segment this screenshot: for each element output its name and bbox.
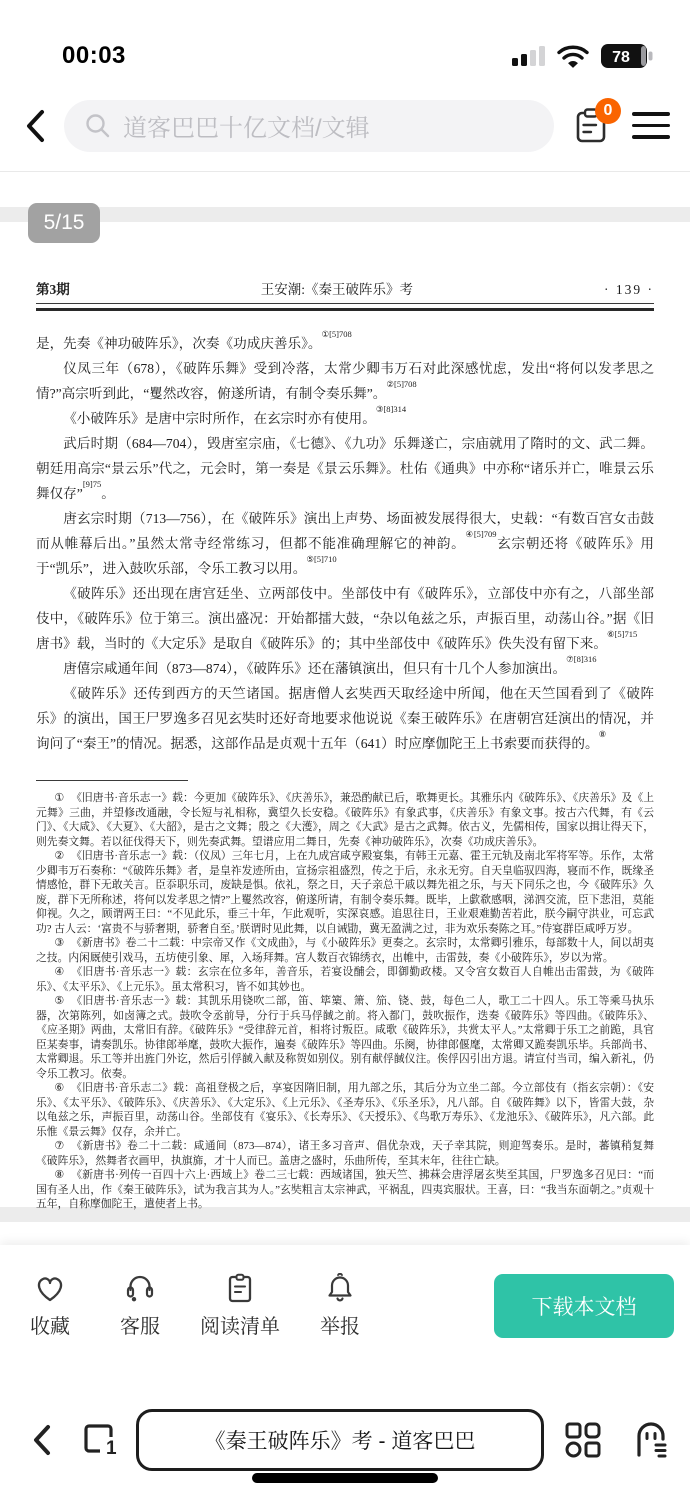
footnote: ①《旧唐书·音乐志一》载：今更加《破阵乐》、《庆善乐》，兼恐酌献已后，歌舞更长。… [36,791,654,849]
previous-page-edge [0,173,690,207]
search-placeholder: 道客巴巴十亿文档/文辑 [123,108,370,143]
document-paragraph: 武后时期（684—704），毁唐室宗庙，《七德》、《九功》乐舞遂亡，宗庙就用了隋… [36,431,654,506]
customer-service-label: 客服 [120,1310,160,1339]
search-input[interactable]: 道客巴巴十亿文档/文辑 [64,100,554,152]
document-paragraph: 是，先奏《神功破阵乐》，次奏《功成庆善乐》。①[5]708 [36,331,654,356]
back-icon[interactable] [24,106,48,146]
document-paragraph: 仪凤三年（678），《破阵乐舞》受到冷落，太常少卿韦万石对此深感忧虑，发出“将何… [36,356,654,406]
apps-grid-icon[interactable] [562,1419,604,1461]
document-paragraph: 《破阵乐》还传到西方的天竺诸国。据唐僧人玄奘西天取经途中所闻，他在天竺国看到了《… [36,681,654,756]
document-toolbar: 收藏 客服 阅读清单 举报 下载本文档 [0,1245,690,1373]
customer-service-button[interactable]: 客服 [110,1273,170,1339]
nav-back-icon[interactable] [30,1421,54,1459]
reading-list-label: 阅读清单 [200,1310,280,1339]
footnote-number: ⑥ [54,1082,64,1094]
footnote-number: ⑤ [54,995,64,1007]
report-label: 举报 [320,1310,360,1339]
page-gap [0,207,690,222]
footnote-separator [36,780,188,781]
document-footnotes: ①《旧唐书·音乐志一》载：今更加《破阵乐》、《庆善乐》，兼恐酌献已后，歌舞更长。… [36,791,654,1212]
document-running-header: 第3期 王安潮:《秦王破阵乐》考 · 139 · [36,278,654,304]
page-indicator-badge: 5/15 [28,203,100,243]
home-indicator[interactable] [252,1473,438,1483]
footnote: ⑥《旧唐书·音乐志二》载：高祖登极之后，享宴因隋旧制，用九部之乐，其后分为立坐二… [36,1081,654,1139]
menu-icon[interactable] [632,112,670,139]
headset-icon [124,1273,156,1303]
battery-percent-text: 78 [612,49,630,66]
profile-icon[interactable] [630,1419,672,1461]
footnote-number: ② [54,850,64,862]
reading-list-badge: 0 [595,98,621,124]
footnote: ⑦《新唐书》卷二十二载：咸通间（873—874），诸王多习音声、倡优杂戏，天子幸… [36,1139,654,1168]
download-document-button[interactable]: 下载本文档 [494,1274,674,1338]
document-viewer[interactable]: 5/15 第3期 王安潮:《秦王破阵乐》考 · 139 · 是，先奏《神功破阵乐… [0,173,690,1246]
document-page: 第3期 王安潮:《秦王破阵乐》考 · 139 · 是，先奏《神功破阵乐》，次奏《… [0,222,690,1207]
search-icon [84,112,111,139]
footnote: ④《旧唐书·音乐志一》载：玄宗在位多年，善音乐，若宴设酺会，即御勤政楼。又令宫女… [36,965,654,994]
tab-counter-icon[interactable]: 1 [80,1421,118,1459]
status-icons: 78 [512,42,654,70]
footnote: ②《旧唐书·音乐志一》载：（仪凤）三年七月，上在九成宫咸亨殿宴集，有韩王元嘉、霍… [36,849,654,936]
next-page-edge [0,1222,690,1246]
running-head: 王安潮:《秦王破阵乐》考 [261,278,413,298]
address-bar-title: 《秦王破阵乐》考 - 道客巴巴 [205,1425,476,1455]
heart-icon [34,1273,66,1303]
document-paragraph: 《小破阵乐》是唐中宗时所作，在玄宗时亦有使用。③[8]314 [36,406,654,431]
footnote: ⑤《旧唐书·音乐志一》载：其凯乐用铙吹二部，笛、筚篥、箫、笳、铙、鼓，每色二人，… [36,994,654,1081]
favorite-button[interactable]: 收藏 [20,1273,80,1339]
footnote-number: ③ [54,937,64,949]
address-bar[interactable]: 《秦王破阵乐》考 - 道客巴巴 [136,1409,544,1471]
document-body: 是，先奏《神功破阵乐》，次奏《功成庆善乐》。①[5]708仪凤三年（678），《… [36,331,654,756]
footnote-number: ⑦ [54,1140,64,1152]
footnote-number: ④ [54,966,64,978]
reading-list-icon [225,1273,255,1303]
reading-list-header-button[interactable]: 0 [574,107,610,145]
battery-icon: 78 [600,42,654,70]
tab-count-text: 1 [106,1438,117,1459]
report-button[interactable]: 举报 [310,1273,370,1339]
app-header: 道客巴巴十亿文档/文辑 0 [0,80,690,172]
footnote: ③《新唐书》卷二十二载：中宗帝又作《文成曲》，与《小破阵乐》更奏之。玄宗时，太常… [36,936,654,965]
document-paragraph: 《破阵乐》还出现在唐宫廷坐、立两部伎中。坐部伎中有《破阵乐》，立部伎中亦有之，八… [36,581,654,656]
favorite-label: 收藏 [30,1310,70,1339]
journal-issue: 第3期 [36,278,70,298]
document-paragraph: 唐僖宗咸通年间（873—874），《破阵乐》还在藩镇演出，但只有十几个人参加演出… [36,656,654,681]
header-rule [36,308,654,311]
document-paragraph: 唐玄宗时期（713—756），在《破阵乐》演出上声势、场面被发展得很大，史载：“… [36,506,654,581]
footnote-number: ① [54,792,64,804]
document-page-number: · 139 · [604,282,654,298]
cellular-signal-icon [512,44,546,68]
footnote: ⑧《新唐书·列传一百四十六上·西域上》卷二三七载：西域诸国，独天竺、拂菻会唐浮屠… [36,1168,654,1212]
wifi-icon [557,44,589,68]
reading-list-button[interactable]: 阅读清单 [200,1273,280,1339]
footnote-number: ⑧ [54,1169,64,1181]
status-bar: 00:03 78 [0,0,690,80]
bell-icon [325,1273,355,1303]
status-time: 00:03 [62,42,126,70]
